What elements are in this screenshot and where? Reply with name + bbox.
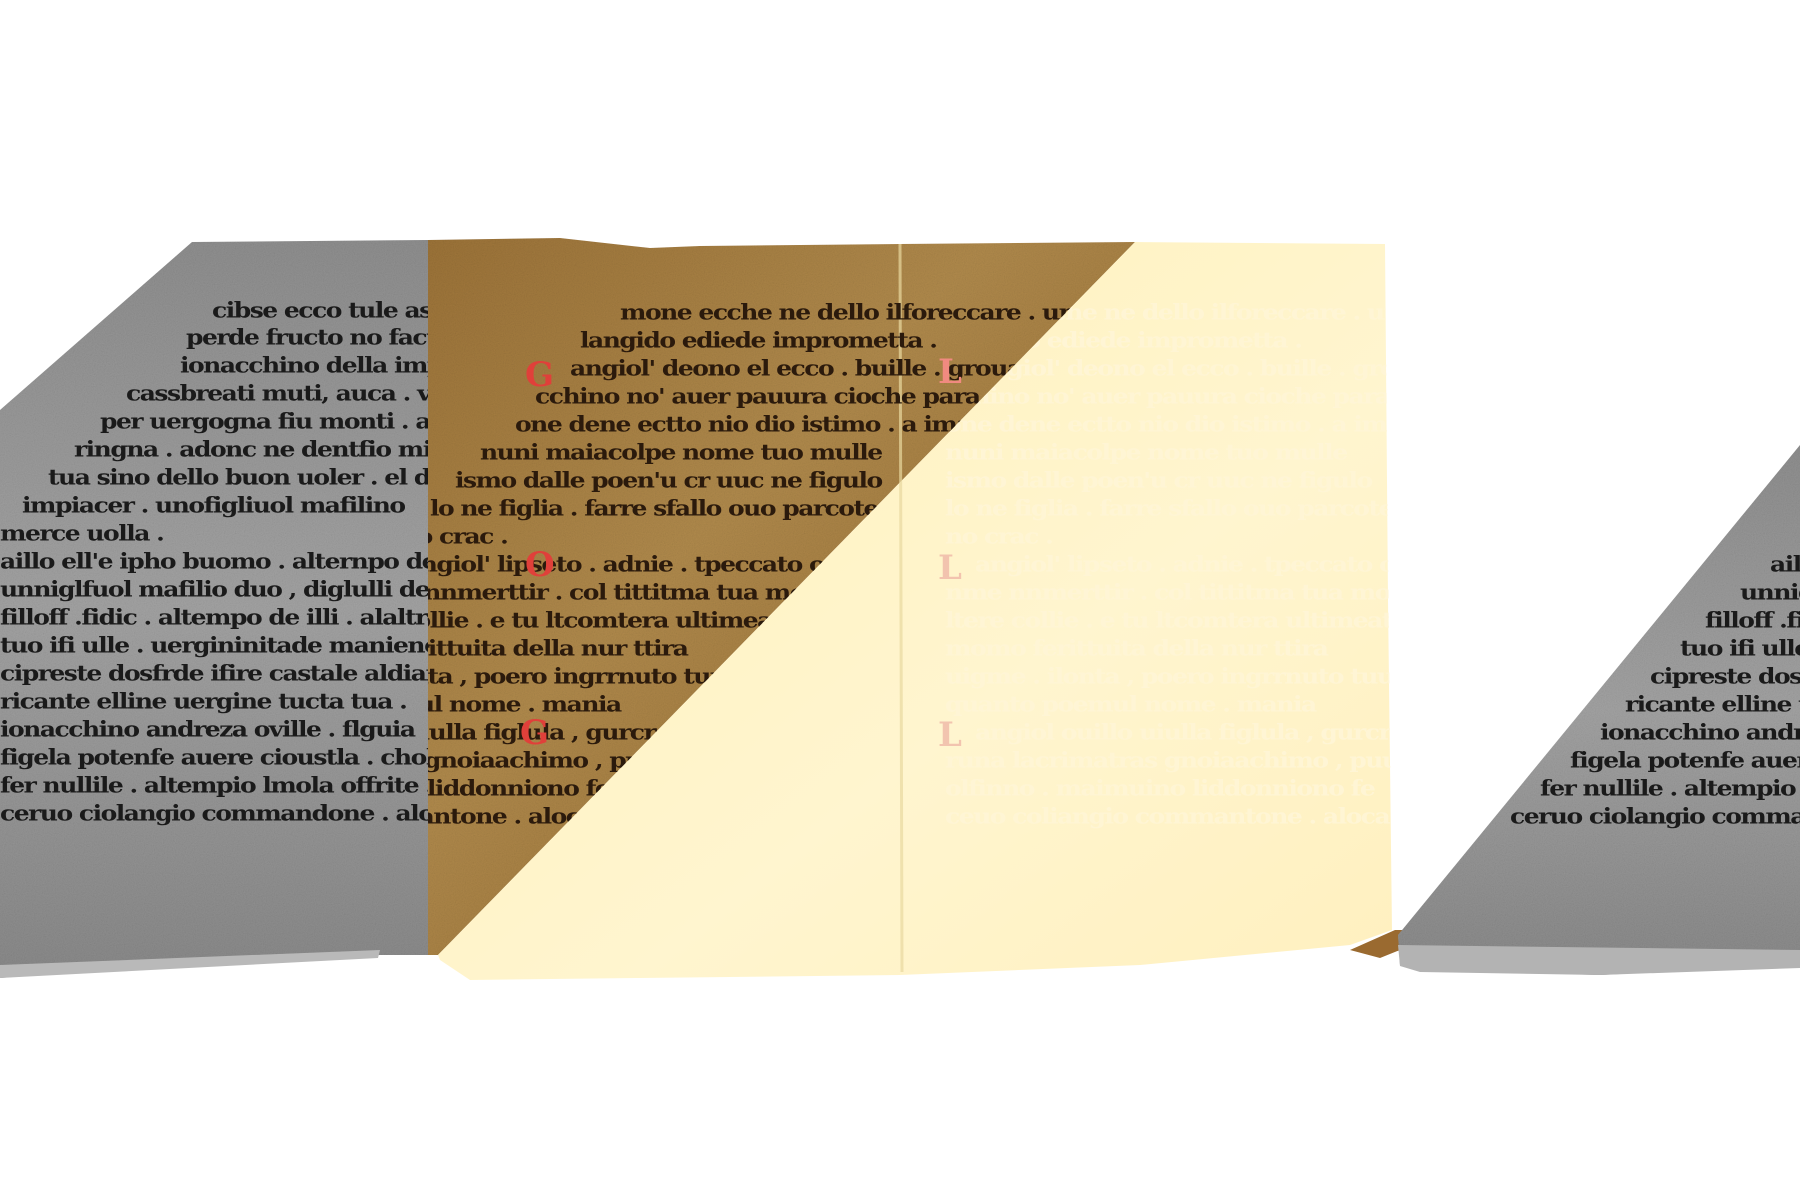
book-gutter [900, 244, 902, 972]
right-gray-wedge [1398, 445, 1800, 975]
manuscript-photo: cibse ecco tule asono malcatto perde fru… [0, 0, 1800, 1201]
left-gray-band [0, 240, 428, 978]
manuscript-shapes [0, 0, 1800, 1201]
right-page-stack [1398, 945, 1800, 975]
